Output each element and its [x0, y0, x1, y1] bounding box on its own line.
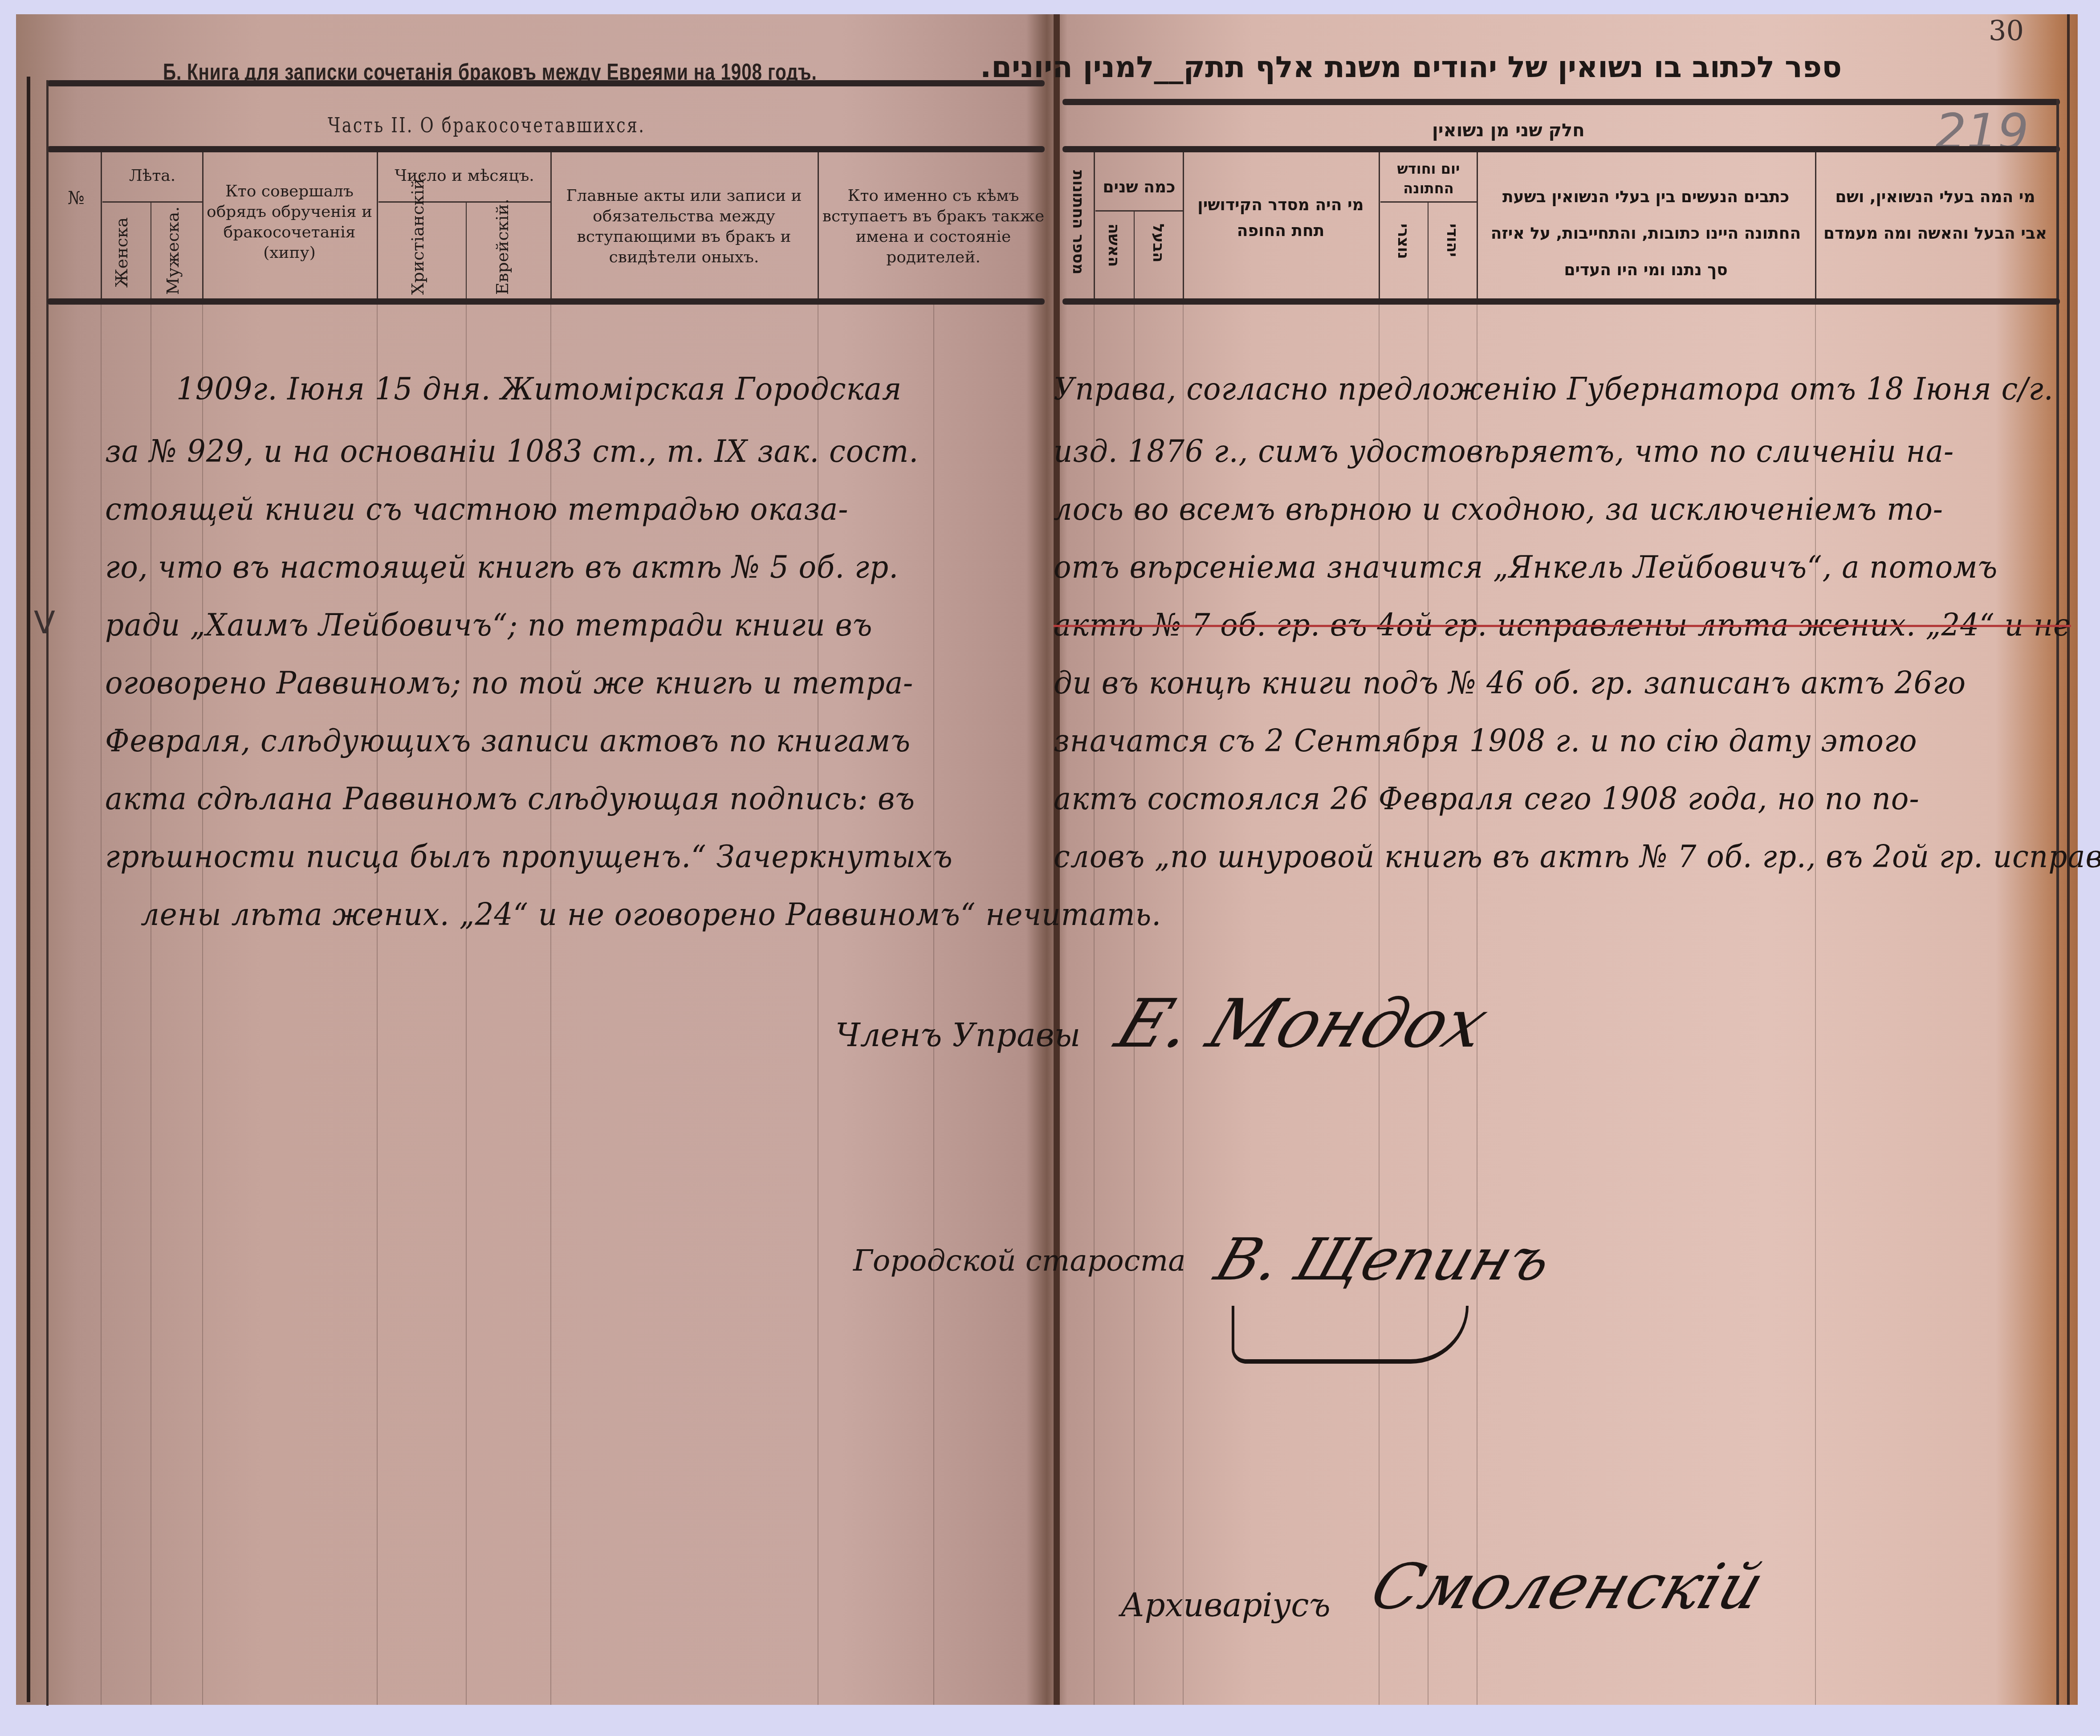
- entry-line-1-left: 1909г. Іюня 15 дня. Житомірская Городска…: [176, 371, 902, 407]
- entry-line-3-left: стоящей книги съ частною тетрадью оказа-: [105, 491, 848, 527]
- col-ages-groom: הבעל: [1149, 224, 1167, 295]
- signature-title-2: Городской староста: [853, 1243, 1186, 1278]
- entry-line-3-right: лось во всемъ вѣрною и сходною, за исклю…: [1054, 491, 1943, 527]
- header-rule: [47, 146, 1045, 152]
- col-persons: Кто именно съ кѣмъ вступаетъ въ бракъ та…: [822, 186, 1045, 268]
- col-ages-group: כמה שנים: [1095, 175, 1183, 200]
- header-rule-bottom: [1062, 298, 2060, 305]
- header-rule-top: [47, 80, 1045, 86]
- entry-line-2-right: изд. 1876 г., симъ удостовѣряетъ, что по…: [1054, 433, 1954, 469]
- signature-flourish: [1232, 1306, 1469, 1364]
- col-divider: [550, 152, 552, 299]
- subheader-rule: [1380, 201, 1477, 203]
- col-date-gentile: נוצרי: [1394, 224, 1412, 295]
- entry-line-5-left: ради „Хаимъ Лейбовичъ“; по тетради книги…: [105, 607, 873, 643]
- entry-line-1-right: Управа, согласно предложенію Губернатора…: [1054, 371, 2054, 407]
- subheader-rule: [1095, 210, 1183, 212]
- subheader-rule: [378, 201, 550, 203]
- col-acts: Главные акты или записи и обязательства …: [555, 186, 813, 268]
- col-divider: [151, 201, 151, 299]
- right-page-title: ספר לכתוב בו נשואין של יהודים משנת אלף ת…: [1129, 50, 1842, 84]
- col-divider: [1477, 152, 1478, 299]
- col-divider: [466, 201, 467, 299]
- header-rule: [1062, 146, 2060, 152]
- left-frame: [46, 80, 49, 1706]
- entry-line-6-left: оговорено Раввиномъ; по той же книгѣ и т…: [105, 664, 913, 701]
- signature-name-1: Е. Мондох: [1106, 985, 1498, 1063]
- subheader-rule: [102, 201, 202, 203]
- entry-line-9-left: грѣшности писца былъ пропущенъ.“ Зачеркн…: [105, 838, 953, 875]
- col-date-jewish: Еврейскій.: [492, 210, 512, 295]
- header-rule-bottom: [47, 298, 1045, 305]
- entry-line-9-right: словъ „по шнуровой книгѣ въ актѣ № 7 об.…: [1054, 838, 2100, 875]
- col-officiant: מי היה מסדר הקידושין תחת החופה: [1187, 192, 1374, 244]
- col-officiant: Кто совершалъ обрядъ обрученія и бракосо…: [207, 181, 372, 263]
- col-divider: [1428, 201, 1428, 299]
- entry-line-7-left: Февраля, слѣдующихъ записи актовъ по кни…: [105, 722, 911, 759]
- col-divider: [1815, 152, 1816, 299]
- col-divider: [1379, 152, 1380, 299]
- ruling-line: [933, 299, 934, 1705]
- col-ages-bride: האשה: [1105, 224, 1123, 295]
- col-divider: [1134, 210, 1135, 299]
- col-ages-female: Женска: [112, 210, 131, 295]
- entry-line-4-left: го, что въ настоящей книгѣ въ актѣ № 5 о…: [105, 549, 899, 585]
- signature-title-1: Членъ Управы: [835, 1016, 1080, 1054]
- col-number: №: [52, 188, 101, 208]
- entry-line-5-right: актѣ № 7 об. гр. въ 4ой гр. исправлены л…: [1054, 607, 2071, 643]
- left-part-heading: Часть II. О бракосочетавшихся.: [328, 113, 645, 137]
- entry-line-10-left: лены лѣта жених. „24“ и не оговорено Рав…: [141, 896, 1161, 933]
- signature-name-2: В. Щепинъ: [1207, 1226, 1560, 1293]
- entry-line-2-left: за № 929, и на основаніи 1083 ст., т. IX…: [105, 433, 919, 469]
- right-part-heading: חלק שני מן נשואין: [1432, 120, 1585, 141]
- col-divider: [202, 152, 203, 299]
- col-persons: מי המה בעלי הנשואין, ושם אבי הבעל והאשה …: [1819, 179, 2051, 252]
- signature-title-3: Архиваріусъ: [1120, 1586, 1331, 1624]
- col-date-jewish: יהודי: [1443, 224, 1461, 295]
- entry-line-8-right: актъ состоялся 26 Февраля сего 1908 года…: [1054, 780, 1920, 817]
- header-rule-top: [1062, 99, 2060, 105]
- ruling-line: [101, 299, 102, 1705]
- col-divider: [1183, 152, 1184, 299]
- col-acts: כתבים הנעשים בין בעלי הנשואין בשעת החתונ…: [1481, 179, 1811, 289]
- col-divider: [377, 152, 378, 299]
- open-register-book: Б. Книга для записки сочетанія браковъ м…: [16, 14, 2078, 1705]
- col-ages-male: Мужеска.: [163, 210, 183, 295]
- col-ages-group: Лѣта.: [102, 166, 202, 186]
- col-date-group: יום וחודש החתונה: [1380, 159, 1477, 198]
- col-date-christian: Христіанскій.: [408, 210, 427, 295]
- col-divider: [1094, 152, 1095, 299]
- page-number: 30: [1989, 14, 2024, 47]
- entry-line-6-right: ди въ концѣ книги подъ № 46 об. гр. запи…: [1054, 664, 1966, 701]
- signature-name-3: Смоленскій: [1363, 1551, 1773, 1623]
- entry-line-8-left: акта сдѣлана Раввиномъ слѣдующая подпись…: [105, 780, 915, 817]
- col-divider: [101, 152, 102, 299]
- col-date-group: Число и мѣсяцъ.: [378, 166, 550, 186]
- left-page-edge: [27, 77, 30, 1702]
- right-frame: [2056, 99, 2059, 1705]
- col-divider: [818, 152, 819, 299]
- margin-check-mark: V: [34, 604, 55, 641]
- entry-line-7-right: значатся съ 2 Сентября 1908 г. и по сію …: [1054, 722, 1917, 759]
- col-record-no: מספר החתונות: [1069, 170, 1087, 295]
- entry-line-4-right: отъ вѣрсеніема значится „Янкель Лейбович…: [1054, 549, 1998, 585]
